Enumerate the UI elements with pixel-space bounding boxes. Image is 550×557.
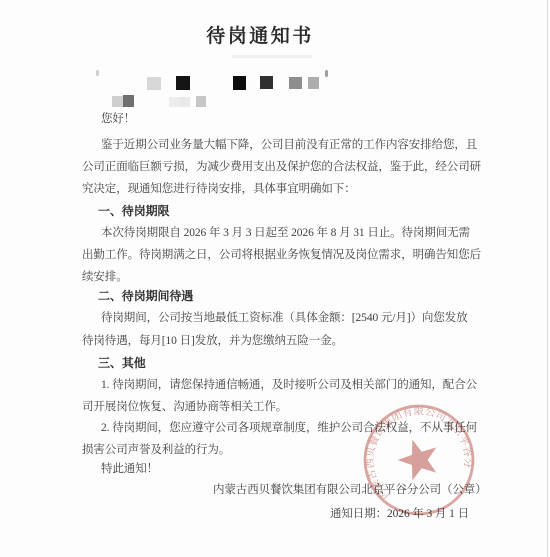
redaction-block <box>308 77 319 89</box>
redaction-block <box>233 76 246 90</box>
redaction-block <box>196 96 206 107</box>
intro-line-1: 鉴于近期公司业务量大幅下降，公司目前没有正常的工作内容安排给您，且 <box>82 138 477 152</box>
redaction-block <box>176 76 190 90</box>
redaction-block <box>232 55 312 58</box>
redaction-block <box>96 70 99 76</box>
seal-star-icon <box>393 433 444 482</box>
greeting-line: 您好！ <box>82 112 135 126</box>
redaction-block <box>325 70 328 77</box>
section3-heading: 三、其他 <box>82 356 146 370</box>
closing-line: 特此通知！ <box>82 462 158 476</box>
section2-heading: 二、待岗期间待遇 <box>82 289 193 303</box>
section1-line-1: 本次待岗期限自 2026 年 3 月 3 日起至 2026 年 8 月 31 日… <box>82 226 470 240</box>
redaction-block <box>169 97 180 107</box>
redaction-block <box>123 95 134 107</box>
document-title: 待岗通知书 <box>0 21 520 48</box>
section1-line-3: 续安排。 <box>82 270 128 284</box>
section2-line-2: 待岗待遇，每月[10 日]发放，并为您缴纳五险一金。 <box>82 334 343 348</box>
intro-line-3: 究决定，现通知您进行待岗安排，具体事宜明确如下： <box>82 182 356 196</box>
section1-line-2: 出勤工作。待岗期满之日，公司将根据业务恢复情况及岗位需求，明确告知您后 <box>82 248 481 262</box>
section2-line-1: 待岗期间，公司按当地最低工资标准（具体金额：[2540 元/月]）向您发放 <box>82 311 468 325</box>
section3-item1-line-2: 司开展岗位恢复、沟通协商等相关工作。 <box>82 400 287 414</box>
section1-heading: 一、待岗期限 <box>82 204 169 218</box>
redaction-block <box>260 76 273 89</box>
notice-document: 待岗通知书 您好！ 鉴于近期公司业务量大幅下降，公司目前没有正常的工作内容安排给… <box>0 0 550 557</box>
intro-line-2: 公司正面临巨额亏损，为减少费用支出及保护您的合法权益，鉴于此，经公司研 <box>82 160 481 174</box>
redaction-block <box>180 97 190 107</box>
redaction-block <box>289 77 302 89</box>
redaction-block <box>112 96 123 107</box>
section3-item2-line-2: 损害公司声誉及利益的行为。 <box>82 443 230 457</box>
section3-item1-line-1: 1. 待岗期间，请您保持通信畅通，及时接听公司及相关部门的通知，配合公 <box>82 378 477 392</box>
scan-page-edge <box>547 0 548 557</box>
redaction-block <box>147 77 161 90</box>
